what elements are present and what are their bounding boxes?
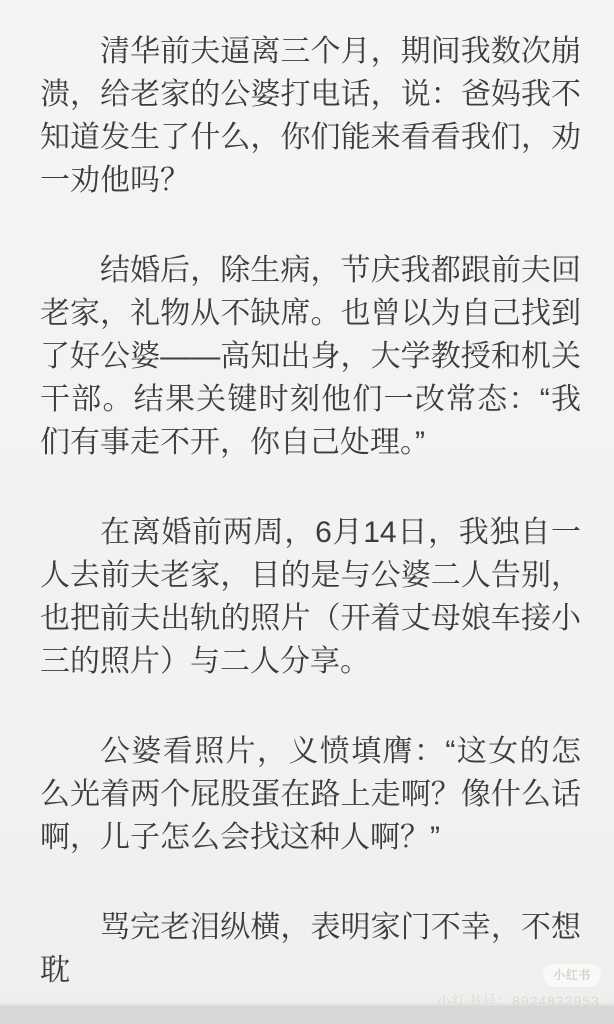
paragraph-5: 骂完老泪纵横，表明家门不幸，不想耽 — [40, 906, 581, 992]
bottom-gray-bar — [0, 1006, 614, 1024]
paragraph-3: 在离婚前两周，6月14日，我独自一人去前夫老家，目的是与公婆二人告别，也把前夫出… — [40, 511, 581, 683]
paragraph-1: 清华前夫逼离三个月，期间我数次崩溃，给老家的公婆打电话，说：爸妈我不知道发生了什… — [40, 30, 581, 202]
text-post-screenshot: 清华前夫逼离三个月，期间我数次崩溃，给老家的公婆打电话，说：爸妈我不知道发生了什… — [0, 0, 614, 1024]
paragraph-2: 结婚后，除生病，节庆我都跟前夫回老家，礼物从不缺席。也曾以为自己找到了好公婆——… — [40, 249, 581, 464]
xiaohongshu-logo-badge: 小红书 — [543, 964, 601, 987]
article-body: 清华前夫逼离三个月，期间我数次崩溃，给老家的公婆打电话，说：爸妈我不知道发生了什… — [40, 30, 581, 992]
paragraph-4: 公婆看照片，义愤填膺：“这女的怎么光着两个屁股蛋在路上走啊？像什么话啊，儿子怎么… — [40, 730, 581, 859]
